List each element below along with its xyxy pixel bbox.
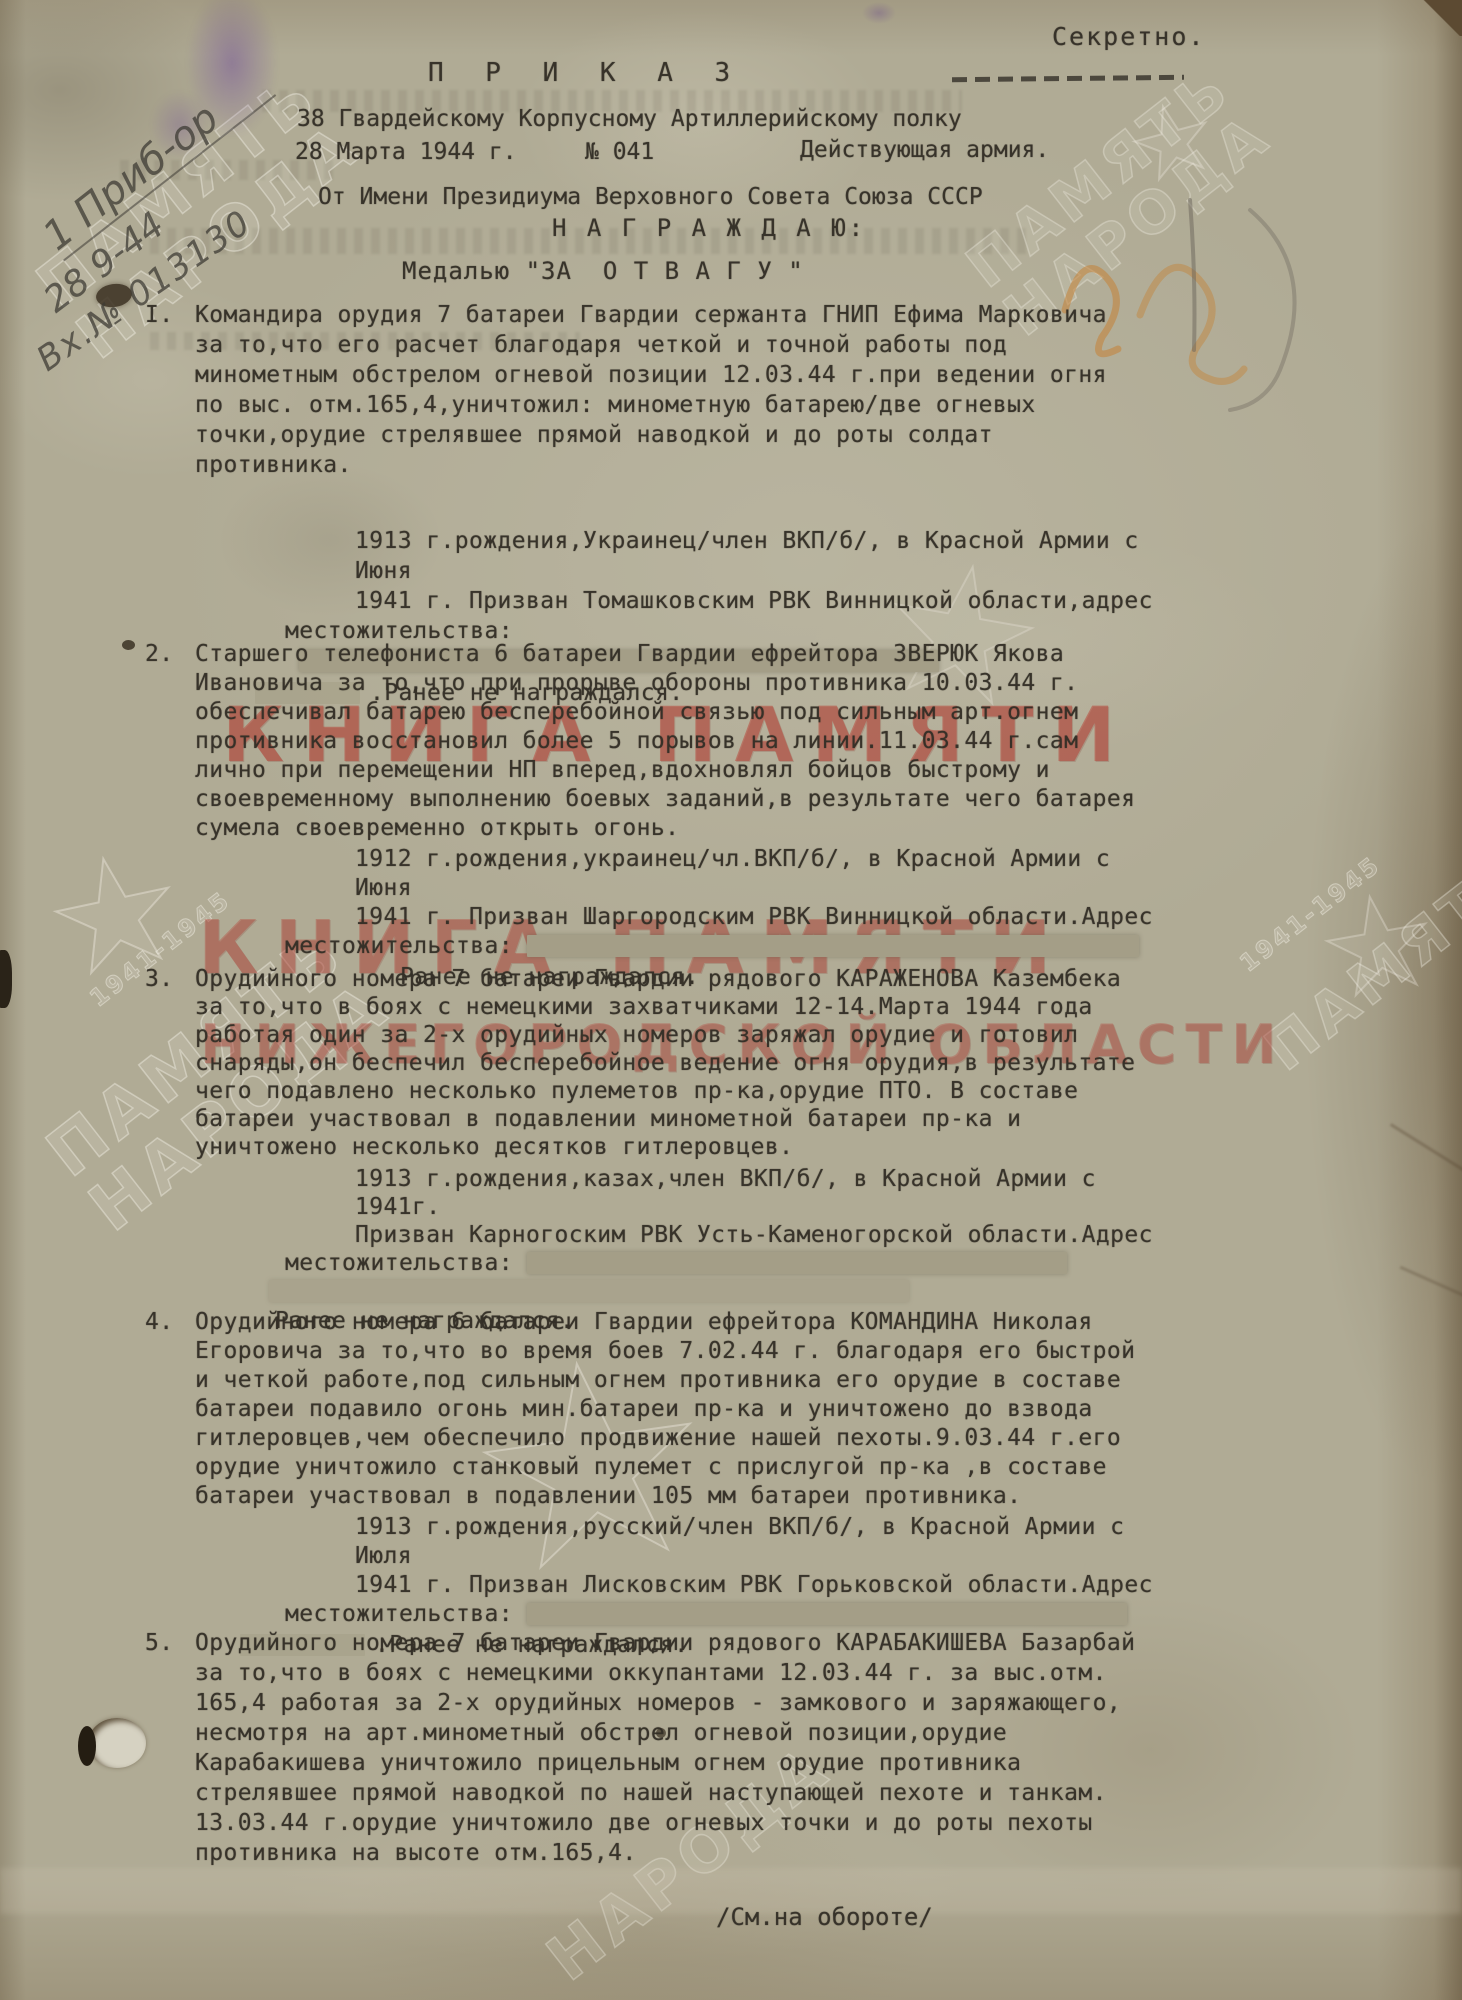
item-number: 4. <box>145 1308 195 1511</box>
item-number: 5. <box>145 1628 195 1868</box>
order-date: 28 Марта 1944 г. <box>295 139 517 165</box>
recipient-address: местожительства: <box>285 1600 1155 1629</box>
item-number: 2. <box>145 640 195 843</box>
paper-crease <box>1390 1123 1462 1200</box>
order-preamble: От Имени Президиума Верховного Совета Со… <box>318 184 983 210</box>
recipient-address: местожительства: <box>285 932 1155 961</box>
medal-line: Медалью "ЗА О Т В А Г У " <box>402 257 804 285</box>
classification-label: Секретно. <box>1052 22 1205 51</box>
item-citation: Орудийного номера 6 батареи Гвардии ефре… <box>195 1308 1140 1511</box>
paper-speck <box>122 640 135 650</box>
redaction-bar <box>527 935 1139 957</box>
award-declaration: Н А Г Р А Ж Д А Ю: <box>552 214 866 242</box>
redaction-bar <box>269 1280 909 1302</box>
item-citation: Орудийного номера 7 батареи Гвардии рядо… <box>195 965 1140 1161</box>
edge-tear <box>0 950 12 1008</box>
item-number: I. <box>145 300 195 480</box>
paper-hole <box>88 1718 146 1768</box>
redaction-bar <box>527 1603 1127 1625</box>
recipient-detail: 1913 г.рождения,русский/член ВКП/б/, в К… <box>355 1513 1155 1571</box>
award-item-5: 5. Орудийного номера 7 батареи Гвардии р… <box>145 1628 1155 1868</box>
award-item-3: 3. Орудийного номера 7 батареи Гвардии р… <box>145 965 1155 1335</box>
redacted-line <box>255 1277 1155 1305</box>
item-number: 3. <box>145 965 195 1161</box>
see-reverse-note: /См.на обороте/ <box>716 1903 933 1931</box>
order-number: № 041 <box>585 139 654 165</box>
recipient-detail: Призван Карногоским РВК Усть-Каменогорск… <box>355 1221 1155 1249</box>
recipient-detail: 1913 г.рождения,казах,член ВКП/б/, в Кра… <box>355 1165 1155 1221</box>
army-note: Действующая армия. <box>800 137 1049 163</box>
recipient-detail: 1913 г.рождения,Украинец/член ВКП/б/, в … <box>355 526 1155 586</box>
paper-crease <box>1400 1266 1462 1318</box>
recipient-detail: 1941 г. Призван Томашковским РВК Винницк… <box>355 586 1155 616</box>
recipient-address: местожительства: <box>285 1249 1155 1277</box>
item-citation: Командира орудия 7 батареи Гвардии сержа… <box>195 300 1140 480</box>
paper-hole-shadow <box>78 1726 96 1766</box>
order-title: П Р И К А З <box>428 58 743 88</box>
item-citation: Старшего телефониста 6 батареи Гвардии е… <box>195 640 1140 843</box>
page-corner-tear <box>1420 0 1462 36</box>
recipient-detail: 1912 г.рождения,украинец/чл.ВКП/б/, в Кр… <box>355 845 1155 903</box>
classification-underline <box>952 75 1184 82</box>
item-citation: Орудийного номера 7 батареи Гвардии рядо… <box>195 1628 1140 1868</box>
ink-stain <box>862 2 896 24</box>
redaction-bar <box>527 1252 1067 1274</box>
recipient-detail: 1941 г. Призван Шаргородским РВК Винницк… <box>355 903 1155 932</box>
recipient-detail: 1941 г. Призван Лисковским РВК Горьковск… <box>355 1571 1155 1600</box>
award-item-2: 2. Старшего телефониста 6 батареи Гварди… <box>145 640 1155 992</box>
award-item-4: 4. Орудийного номера 6 батареи Гвардии е… <box>145 1308 1155 1660</box>
order-addressee: 38 Гвардейскому Корпусному Артиллерийско… <box>297 106 962 132</box>
document-page: ПАМЯТЬНАРОДА ПАМЯТЬНАРОДА ПАМЯТЬНАРОДА П… <box>0 0 1462 2000</box>
star-watermark-icon: ★ <box>1310 871 1447 1019</box>
